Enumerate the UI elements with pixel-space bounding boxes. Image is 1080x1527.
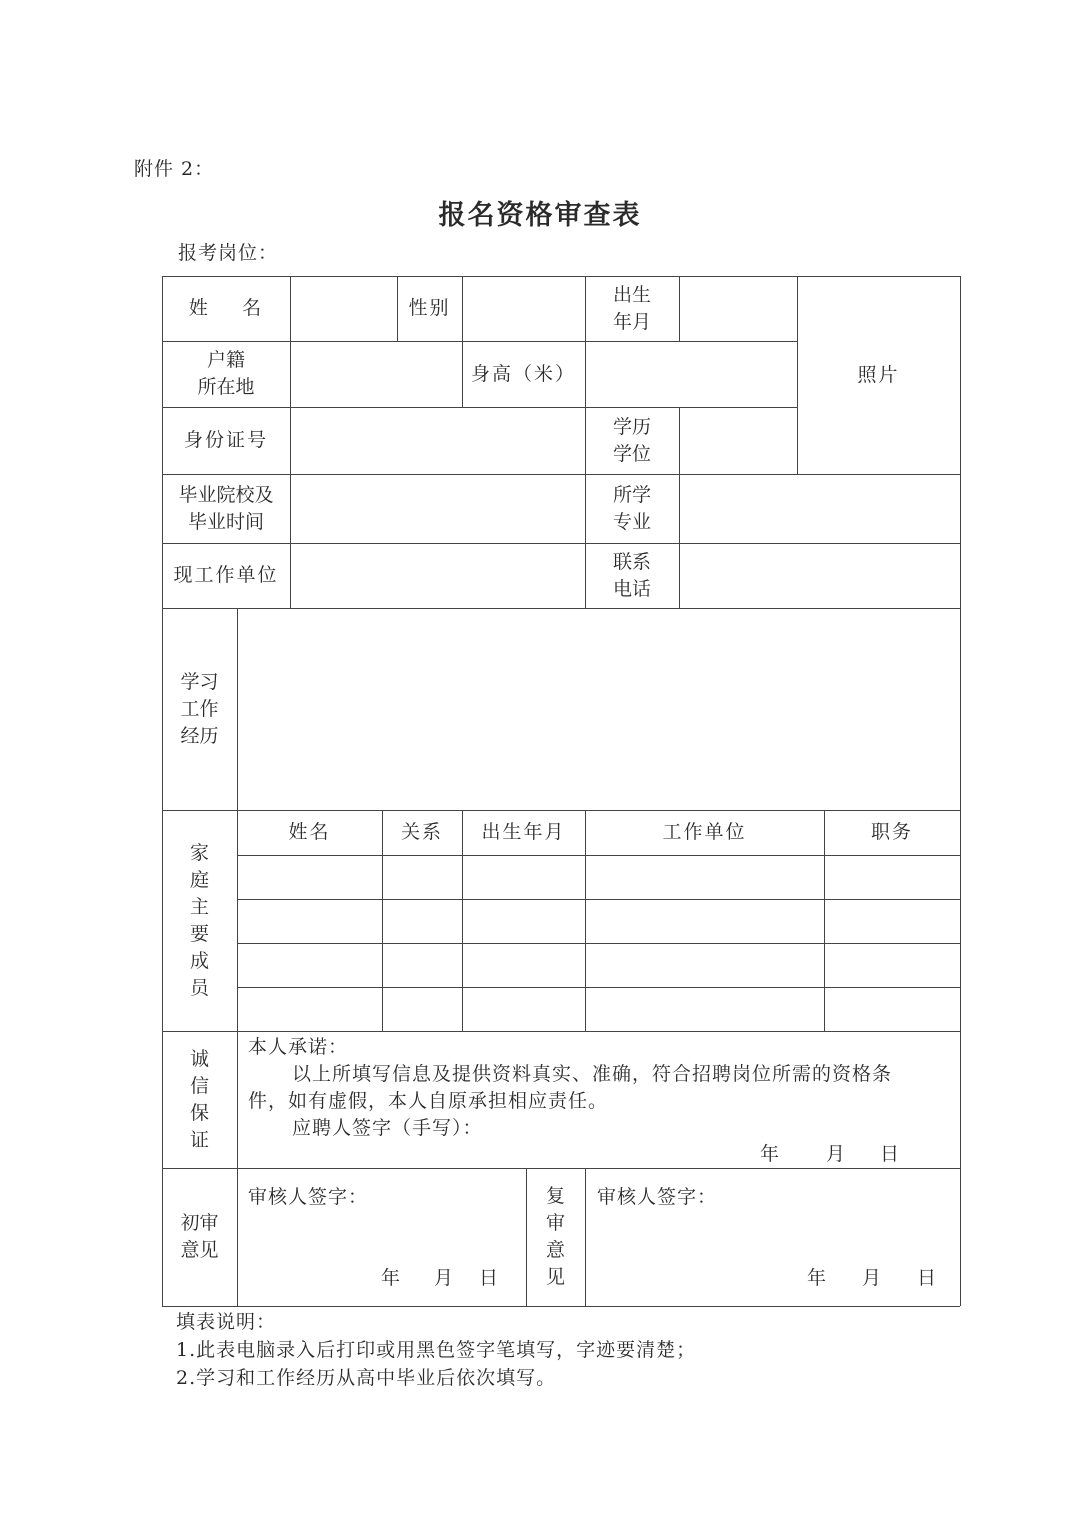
initial-reviewer-signature-label: 审核人签字： xyxy=(248,1184,368,1211)
phone-label: 联系 电话 xyxy=(585,543,679,608)
second-date-year: 年 xyxy=(807,1265,827,1292)
second-reviewer-signature-label: 审核人签字： xyxy=(597,1184,717,1211)
school-label: 毕业院校及 毕业时间 xyxy=(162,474,290,543)
birth-label-line1: 出生 xyxy=(613,282,651,309)
family-row-3-name[interactable] xyxy=(238,944,381,986)
family-label: 家 庭 主 要 成 员 xyxy=(162,810,237,1031)
hukou-label: 户籍 所在地 xyxy=(162,341,290,407)
second-review-field[interactable] xyxy=(586,1210,959,1260)
integrity-label-char: 证 xyxy=(190,1127,209,1154)
family-row-2-relation[interactable] xyxy=(383,900,461,942)
note-item-2: 2.学习和工作经历从高中毕业后依次填写。 xyxy=(176,1365,556,1392)
family-label-char: 员 xyxy=(190,975,209,1002)
family-row-4-position[interactable] xyxy=(825,988,959,1030)
family-label-char: 要 xyxy=(190,921,209,948)
height-label: 身高（米） xyxy=(462,341,585,407)
initial-review-field[interactable] xyxy=(238,1210,525,1260)
note-item-1: 1.此表电脑录入后打印或用黑色签字笔填写，字迹要清楚； xyxy=(176,1337,696,1364)
integrity-date-month: 月 xyxy=(826,1141,846,1168)
initial-review-label-line1: 初审 xyxy=(180,1210,218,1237)
family-row-4-employer[interactable] xyxy=(586,988,823,1030)
history-label-line1: 学习 xyxy=(180,669,218,696)
pledge-line-2: 件，如有虚假，本人自原承担相应责任。 xyxy=(248,1088,608,1115)
education-field[interactable] xyxy=(680,408,796,473)
gender-label: 性别 xyxy=(397,276,462,341)
pledge-line-1: 以上所填写信息及提供资料真实、准确，符合招聘岗位所需的资格条 xyxy=(292,1061,892,1088)
initial-date-year: 年 xyxy=(381,1265,401,1292)
attachment-label: 附件 2： xyxy=(134,156,214,183)
major-field[interactable] xyxy=(680,475,959,542)
initial-review-label: 初审 意见 xyxy=(162,1168,237,1306)
second-review-label-char: 复 xyxy=(546,1183,565,1210)
family-row-3-employer[interactable] xyxy=(586,944,823,986)
integrity-date-day: 日 xyxy=(880,1141,900,1168)
family-row-2-name[interactable] xyxy=(238,900,381,942)
integrity-label-char: 信 xyxy=(190,1073,209,1100)
notes-title: 填表说明： xyxy=(176,1309,276,1336)
employer-field[interactable] xyxy=(291,544,584,607)
family-label-char: 成 xyxy=(190,948,209,975)
applicant-signature-field[interactable] xyxy=(500,1115,800,1142)
school-label-line2: 毕业时间 xyxy=(188,509,264,536)
school-label-line1: 毕业院校及 xyxy=(178,482,273,509)
family-row-3-relation[interactable] xyxy=(383,944,461,986)
education-label-line2: 学位 xyxy=(613,441,651,468)
phone-label-line2: 电话 xyxy=(613,576,651,603)
education-label-line1: 学历 xyxy=(613,414,651,441)
employer-label: 现工作单位 xyxy=(162,543,290,608)
name-field[interactable] xyxy=(291,277,396,340)
second-date-day: 日 xyxy=(917,1265,937,1292)
integrity-label: 诚 信 保 证 xyxy=(162,1031,237,1168)
hukou-label-line1: 户籍 xyxy=(207,347,245,374)
name-label: 姓 名 xyxy=(162,276,290,341)
initial-date-month: 月 xyxy=(434,1265,454,1292)
initial-review-label-line2: 意见 xyxy=(180,1237,218,1264)
integrity-date-year: 年 xyxy=(760,1141,780,1168)
gender-field[interactable] xyxy=(463,277,584,340)
position-label: 报考岗位： xyxy=(178,240,278,267)
second-date-month: 月 xyxy=(862,1265,882,1292)
hukou-field[interactable] xyxy=(291,342,461,406)
hukou-label-line2: 所在地 xyxy=(197,374,254,401)
education-label: 学历 学位 xyxy=(585,407,679,474)
second-review-label-char: 见 xyxy=(546,1264,565,1291)
integrity-label-char: 保 xyxy=(190,1100,209,1127)
family-row-2-birth[interactable] xyxy=(463,900,584,942)
family-row-1-employer[interactable] xyxy=(586,856,823,898)
major-label-line2: 专业 xyxy=(613,509,651,536)
family-label-char: 主 xyxy=(190,894,209,921)
id-number-label: 身份证号 xyxy=(162,407,290,474)
history-label: 学习 工作 经历 xyxy=(162,608,237,810)
family-header-position: 职务 xyxy=(824,810,960,855)
second-review-label: 复 审 意 见 xyxy=(526,1168,585,1306)
family-header-birth: 出生年月 xyxy=(462,810,585,855)
family-label-char: 庭 xyxy=(190,867,209,894)
form-title: 报名资格审查表 xyxy=(0,193,1080,232)
family-header-employer: 工作单位 xyxy=(585,810,824,855)
history-label-line2: 工作 xyxy=(180,696,218,723)
phone-field[interactable] xyxy=(680,544,959,607)
family-row-1-position[interactable] xyxy=(825,856,959,898)
second-review-label-char: 审 xyxy=(546,1210,565,1237)
family-label-char: 家 xyxy=(190,840,209,867)
pledge-title: 本人承诺： xyxy=(248,1034,348,1061)
table-border xyxy=(162,1306,960,1307)
birth-date-field[interactable] xyxy=(680,277,796,340)
family-row-1-relation[interactable] xyxy=(383,856,461,898)
second-review-label-char: 意 xyxy=(546,1237,565,1264)
phone-label-line1: 联系 xyxy=(613,549,651,576)
row-divider xyxy=(162,1031,960,1032)
major-label: 所学 专业 xyxy=(585,474,679,543)
family-row-2-position[interactable] xyxy=(825,900,959,942)
family-header-relation: 关系 xyxy=(382,810,462,855)
family-row-4-name[interactable] xyxy=(238,988,381,1030)
id-number-field[interactable] xyxy=(291,408,584,473)
initial-date-day: 日 xyxy=(479,1265,499,1292)
family-header-name: 姓名 xyxy=(237,810,382,855)
major-label-line1: 所学 xyxy=(613,482,651,509)
family-row-4-relation[interactable] xyxy=(383,988,461,1030)
family-row-1-birth[interactable] xyxy=(463,856,584,898)
history-field[interactable] xyxy=(238,609,959,809)
height-field[interactable] xyxy=(586,342,796,406)
applicant-signature-label: 应聘人签字（手写）： xyxy=(292,1115,483,1142)
school-field[interactable] xyxy=(291,475,584,542)
family-row-1-name[interactable] xyxy=(238,856,381,898)
family-row-3-birth[interactable] xyxy=(463,944,584,986)
photo-label: 照片 xyxy=(857,362,899,389)
table-border xyxy=(960,276,961,1306)
photo-box[interactable]: 照片 xyxy=(797,276,960,474)
family-row-2-employer[interactable] xyxy=(586,900,823,942)
family-row-4-birth[interactable] xyxy=(463,988,584,1030)
history-label-line3: 经历 xyxy=(180,723,218,750)
integrity-label-char: 诚 xyxy=(190,1046,209,1073)
birth-label-line2: 年月 xyxy=(613,309,651,336)
birth-label: 出生 年月 xyxy=(585,276,679,341)
family-row-3-position[interactable] xyxy=(825,944,959,986)
